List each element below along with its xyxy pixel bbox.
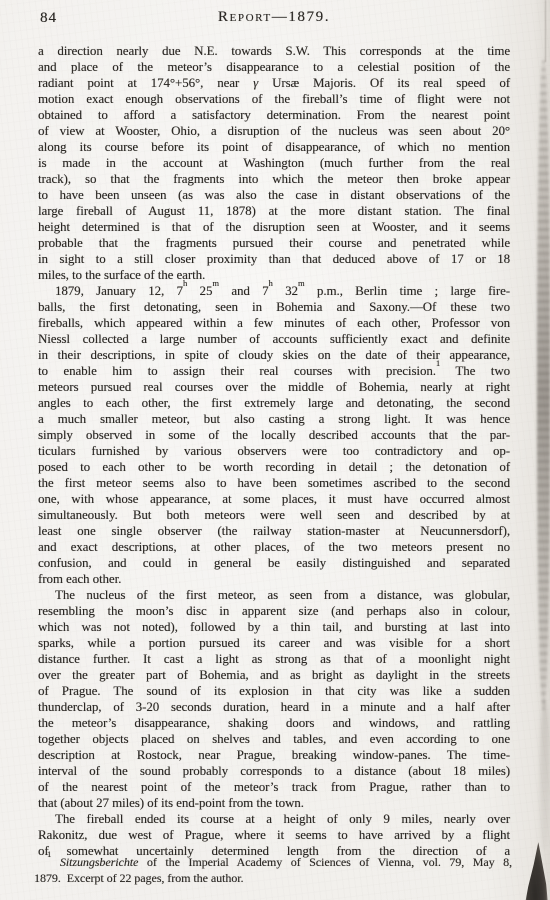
text-line: that (about 27 miles) of its end-point f… [38,795,510,811]
text-line: in sight to a still closer proximity tha… [38,251,510,267]
page-body: a direction nearly due N.E. towards S.W.… [38,43,510,859]
text-line: and place of the meteor’s disappearance … [38,59,510,75]
text-line: over the greater part of Bohemia, and as… [38,667,510,683]
text-line: motion exact enough observations of the … [38,91,510,107]
text-line: distance further. It cast a light as str… [38,651,510,667]
scanned-page: 84 Report—1879. a direction nearly due N… [0,0,550,900]
text-line: large fireball of August 11, 1878) at th… [38,203,510,219]
text-line: miles, to the surface of the earth. [38,267,510,283]
text-line: posed to each other to be worth recordin… [38,459,510,475]
text-line: along its course before its point of dis… [38,139,510,155]
text-line: The nucleus of the first meteor, as seen… [38,587,510,603]
text-line: together objects placed on shelves and t… [38,731,510,747]
text-line: is made in the account at Washington (mu… [38,155,510,171]
text-line: sparks, while a portion pursued its care… [38,635,510,651]
text-line: 1879, January 12, 7h 25m and 7h 32m p.m.… [38,283,510,299]
text-line: least one single observer (the railway s… [38,523,510,539]
footnote: 1 Sitzungsberichte of the Imperial Acade… [34,855,512,886]
text-line: 1879. Excerpt of 22 pages, from the auth… [34,871,512,887]
text-line: interval of the sound probably correspon… [38,763,510,779]
text-line: Rakonitz, due west of Prague, where it s… [38,827,510,843]
scan-gutter-shadow-lower [540,700,549,850]
paragraph: a direction nearly due N.E. towards S.W.… [38,43,510,283]
text-line: to have been unseen (as was also the cas… [38,187,510,203]
text-line: meteors pursued real courses over the mi… [38,379,510,395]
text-line: which was not noted), followed by a thin… [38,619,510,635]
text-line: thunderclap, of 3-20 seconds duration, h… [38,699,510,715]
text-line: Niessl collected a large number of accou… [38,331,510,347]
text-line: a much smaller meteor, but also casting … [38,411,510,427]
running-title: Report—1879. [38,9,510,26]
ink-blot-artifact [525,842,548,900]
text-line: a direction nearly due N.E. towards S.W.… [38,43,510,59]
page-edge-line [545,0,547,62]
scan-gutter-shadow [537,60,550,710]
paragraph: 1879, January 12, 7h 25m and 7h 32m p.m.… [38,283,510,587]
text-line: height determined is that of the disrupt… [38,219,510,235]
text-line: of Prague. The sound of its explosion in… [38,683,510,699]
text-line: The fireball ended its course at a heigh… [38,811,510,827]
text-line: obtained to afford a satisfactory determ… [38,107,510,123]
text-line: the meteor’s disappearance, shaking door… [38,715,510,731]
text-line: balls, the first detonating, seen in Boh… [38,299,510,315]
text-line: confusion, and could in general be easil… [38,555,510,571]
text-line: 1 Sitzungsberichte of the Imperial Acade… [34,855,512,871]
text-line: the first meteor seems also to have been… [38,475,510,491]
text-line: fireballs, which appeared within a few m… [38,315,510,331]
text-line: to enable him to assign their real cours… [38,363,510,379]
text-line: of view at Wooster, Ohio, a disruption o… [38,123,510,139]
text-line: ticulars furnished by various observers … [38,443,510,459]
text-line: probable that the fragments pursued thei… [38,235,510,251]
text-line: and exact descriptions, at other places,… [38,539,510,555]
text-line: track), so that the fragments into which… [38,171,510,187]
paragraph: The nucleus of the first meteor, as seen… [38,587,510,811]
paragraph: The fireball ended its course at a heigh… [38,811,510,859]
text-line: simply observed in some of the locally d… [38,427,510,443]
text-line: angles to each other, the first extremel… [38,395,510,411]
text-line: description at Rostock, near Prague, bre… [38,747,510,763]
text-line: from each other. [38,571,510,587]
text-line: radiant point at 174°+56°, near γ Ursæ M… [38,75,510,91]
text-line: resembling the moon’s disc in apparent s… [38,603,510,619]
text-line: of the nearest point of the meteor’s tra… [38,779,510,795]
text-line: one, with whose appearance, at some plac… [38,491,510,507]
text-line: simultaneously. But both meteors were we… [38,507,510,523]
page-header: 84 Report—1879. [38,9,510,29]
